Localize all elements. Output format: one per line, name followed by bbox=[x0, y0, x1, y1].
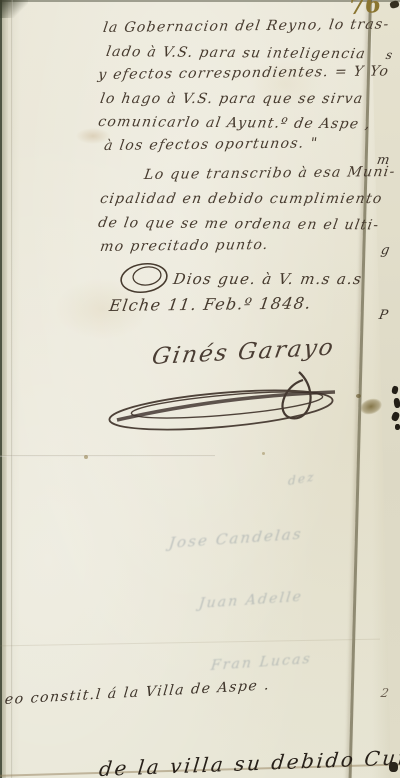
manuscript-scan: 76 la Gobernacion del Reyno, lo tras- la… bbox=[0, 0, 400, 778]
stain-speck bbox=[84, 455, 88, 459]
top-edge-shadow bbox=[0, 0, 400, 2]
horizontal-crease bbox=[0, 455, 215, 457]
signature-rubric-flourish bbox=[103, 370, 343, 436]
edge-ink-blot bbox=[395, 424, 400, 430]
edge-ink-fragment: m bbox=[376, 153, 391, 168]
manuscript-line: lado à V.S. para su inteligencia bbox=[105, 44, 367, 62]
manuscript-line: Lo que transcribo à esa Muni- bbox=[143, 164, 397, 183]
stain-speck bbox=[356, 394, 361, 398]
manuscript-line: mo precitado punto. bbox=[99, 237, 270, 255]
date-line: Elche 11. Feb.º 1848. bbox=[108, 294, 313, 315]
manuscript-line: lo hago à V.S. para que se sirva bbox=[99, 91, 365, 107]
corner-shadow bbox=[0, 0, 28, 18]
edge-ink-blot bbox=[393, 398, 400, 409]
manuscript-line: à los efectos oportunos. " bbox=[103, 135, 319, 154]
stain-speck bbox=[262, 452, 265, 455]
manuscript-line: de lo que se me ordena en el ulti- bbox=[97, 215, 381, 233]
edge-ink-blot bbox=[389, 762, 398, 772]
initial-flourish bbox=[118, 260, 170, 296]
manuscript-line: cipalidad en debido cumplimiento bbox=[99, 191, 384, 207]
manuscript-line: comunicarlo al Ayunt.º de Aspe , bbox=[97, 114, 372, 132]
closing-line: Dios gue. à V. m.s a.s bbox=[172, 270, 364, 288]
left-fold-crease bbox=[11, 0, 13, 778]
